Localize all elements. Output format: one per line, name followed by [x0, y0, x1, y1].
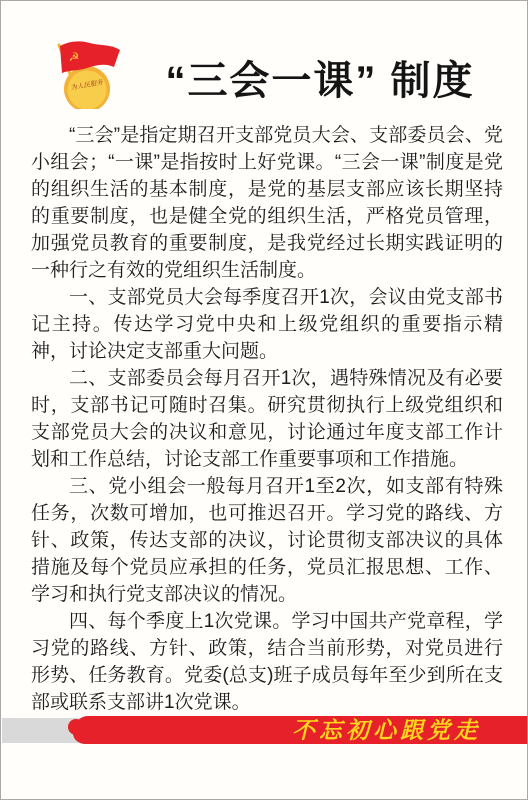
footer-slogan: 不忘初心跟党走: [292, 712, 481, 745]
paragraph-item-3: 三、党小组会一般每月召开1至2次，如支部有特殊任务，次数可增加，也可推迟召开。学…: [31, 473, 503, 608]
poster-page: 为人民服务 ☭ “三会一课” 制度 “三会”是指定期召开支部党员大会、支部委员会…: [0, 0, 528, 800]
header: 为人民服务 ☭ “三会一课” 制度: [1, 1, 527, 121]
document-body: “三会”是指定期召开支部党员大会、支部委员会、党小组会；“一课”是指按时上好党课…: [31, 122, 503, 716]
footer-banner: 不忘初心跟党走: [1, 715, 528, 747]
footer-red-ribbon: 不忘初心跟党走: [73, 716, 528, 744]
paragraph-item-2: 二、支部委员会每月召开1次，遇特殊情况及有必要时，支部书记可随时召集。研究贯彻执…: [31, 365, 503, 473]
paragraph-item-4: 四、每个季度上1次党课。学习中国共产党章程，学习党的路线、方针、政策，结合当前形…: [31, 608, 503, 716]
page-title: “三会一课” 制度: [1, 49, 527, 106]
paragraph-intro: “三会”是指定期召开支部党员大会、支部委员会、党小组会；“一课”是指按时上好党课…: [31, 122, 503, 284]
paragraph-item-1: 一、支部党员大会每季度召开1次，会议由党支部书记主持。传达学习党中央和上级党组织…: [31, 284, 503, 365]
